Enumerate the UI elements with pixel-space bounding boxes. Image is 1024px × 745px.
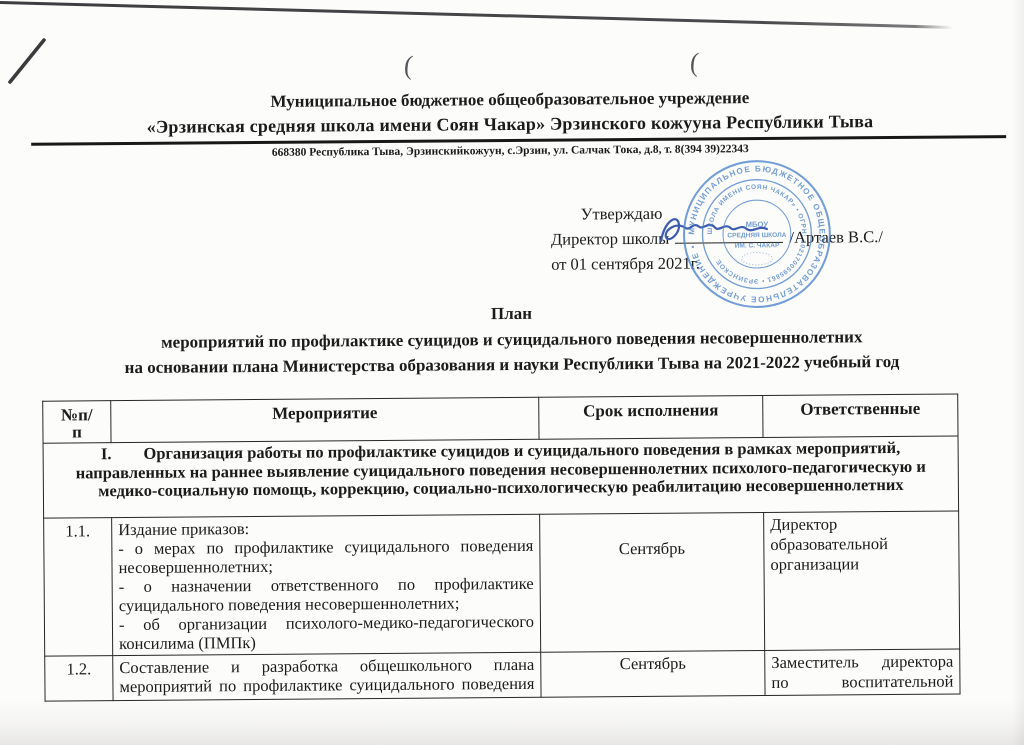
row-activity: Составление и разработка общешкольного п… (113, 652, 541, 700)
col-header-activity: Мероприятие (111, 397, 539, 442)
row-responsible: Директор образовательной организации (764, 511, 960, 651)
col-header-responsible: Ответственные (763, 394, 958, 438)
section-text: Организация работы по профилактике суици… (76, 438, 926, 500)
school-round-stamp: МУНИЦИПАЛЬНОЕ БЮДЖЕТНОЕ ОБЩЕОБРАЗОВАТЕЛЬ… (679, 156, 834, 311)
stamp-center-line2: СРЕДНЯЯ ШКОЛА (727, 232, 786, 239)
col-header-term: Срок исполнения (539, 396, 763, 440)
stamp-center-line1: МБОУ (746, 220, 769, 229)
row-number: 1.2. (45, 656, 113, 702)
activity-line: - о назначении ответственного по профила… (119, 574, 534, 615)
table-header-row: №п/ п Мероприятие Срок исполнения Ответс… (43, 394, 958, 443)
activity-line: - об организации психолого-медико-педаго… (119, 612, 534, 653)
plan-table: №п/ п Мероприятие Срок исполнения Ответс… (42, 393, 960, 701)
section-heading-row: I.Организация работы по профилактике суи… (43, 436, 959, 518)
section-number: I. (101, 444, 112, 463)
table-row: 1.1. Издание приказов: - о мерах по проф… (44, 511, 960, 656)
stamp-center-line3: ИМ. С. ЧАКАР (735, 242, 780, 249)
row-responsible: Заместитель директора по воспитательной (765, 649, 960, 696)
document-title: План мероприятий по профилактике суицидо… (0, 297, 1024, 381)
section-heading-cell: I.Организация работы по профилактике суи… (43, 436, 959, 518)
row-term: Сентябрь (541, 651, 765, 698)
row-term: Сентябрь (540, 513, 765, 653)
director-label: Директор школы (551, 229, 669, 249)
activity-line: Составление и разработка общешкольного п… (119, 655, 534, 696)
row-number: 1.1. (44, 518, 113, 657)
col-header-number: №п/ п (43, 401, 111, 444)
org-header: Муниципальное бюджетное общеобразователь… (0, 84, 1022, 140)
scanned-document: Муниципальное бюджетное общеобразователь… (0, 0, 1024, 745)
table-row: 1.2. Составление и разработка общешкольн… (45, 649, 960, 701)
activity-line: - о мерах по профилактике суицидального … (118, 536, 533, 577)
stamp-dotted-ornament (742, 252, 773, 265)
row-activity: Издание приказов: - о мерах по профилакт… (112, 514, 541, 655)
